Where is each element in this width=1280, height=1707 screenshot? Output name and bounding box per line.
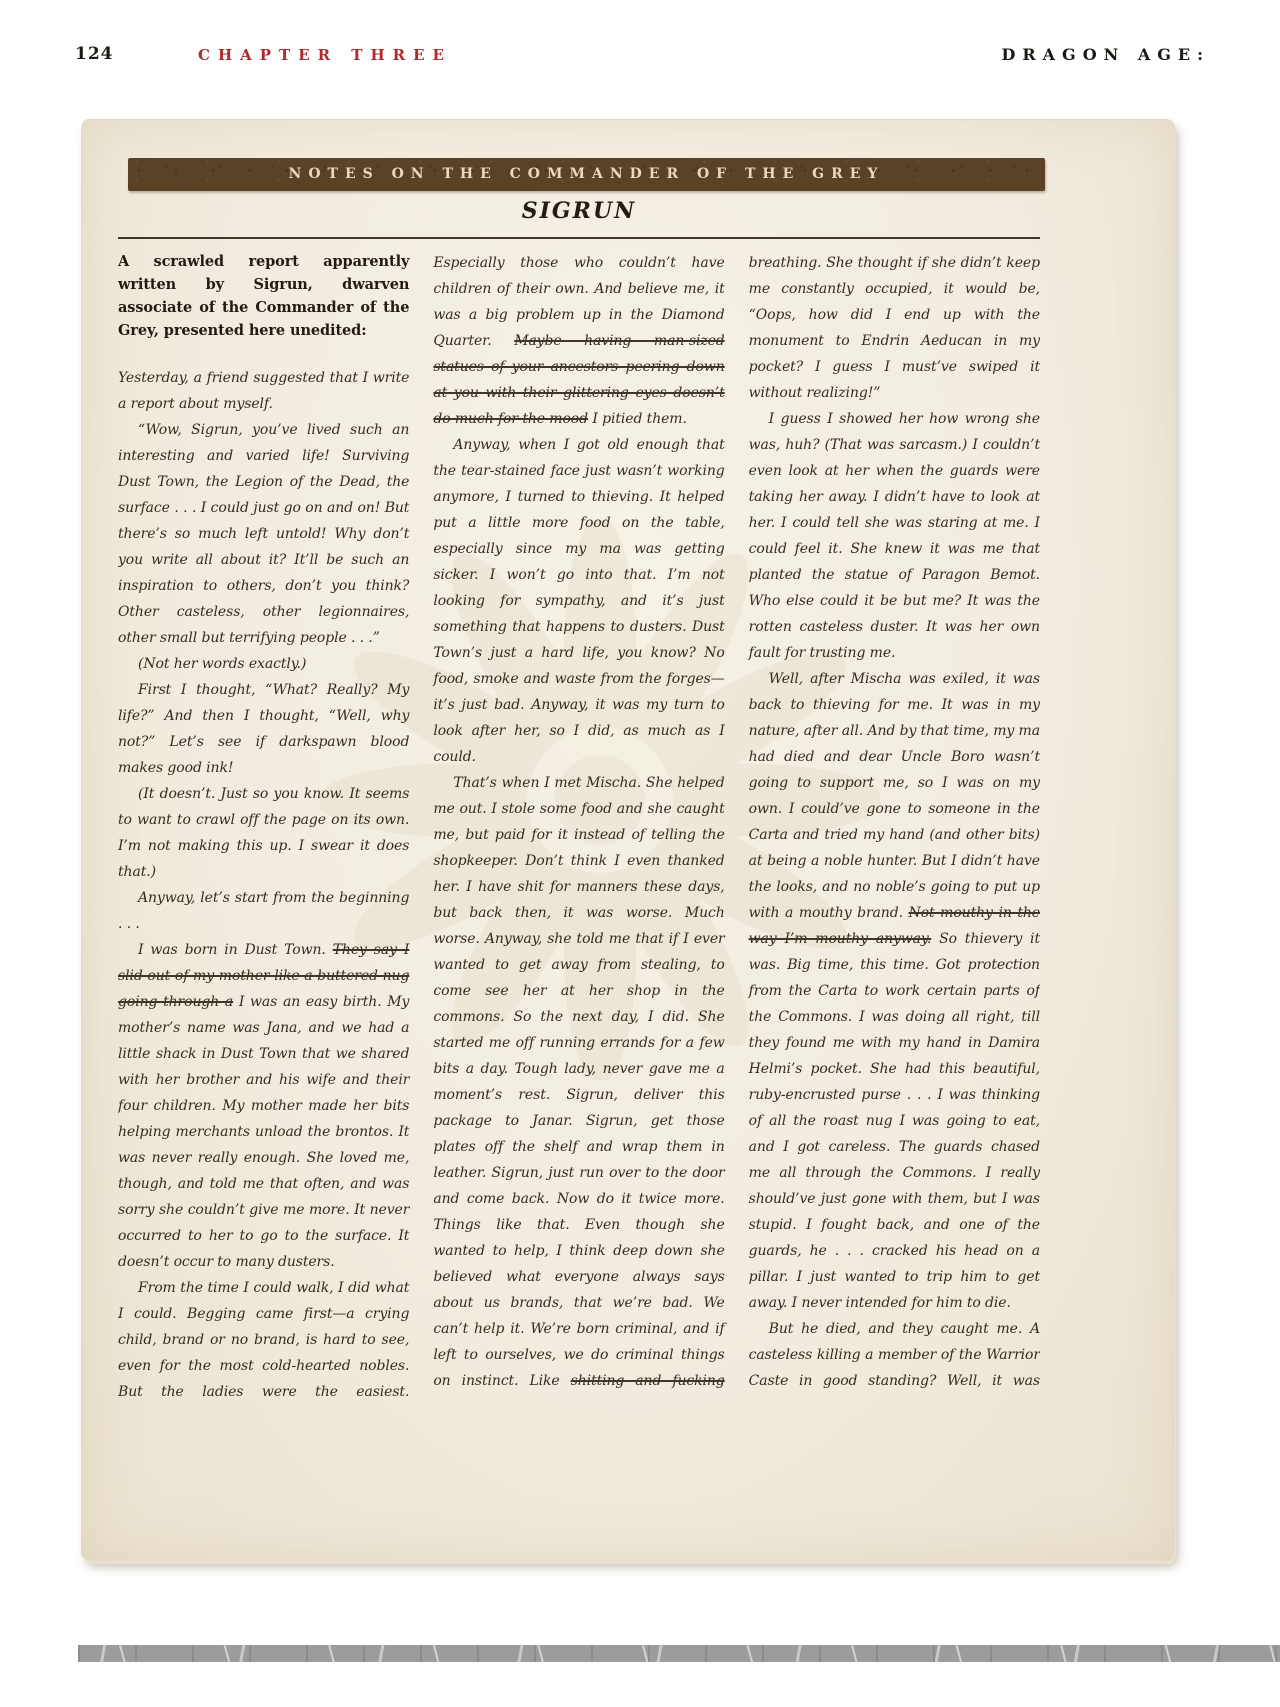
paragraph: “Wow, Sigrun, you’ve lived such an inter…	[118, 417, 409, 651]
struck-text: shitting and fucking	[571, 1373, 725, 1389]
chapter-heading: CHAPTER THREE	[198, 46, 452, 64]
paragraph: I was born in Dust Town. They say I slid…	[118, 937, 409, 1275]
page-number: 124	[75, 44, 114, 64]
paragraph: A scrawled report apparently written by …	[118, 250, 409, 342]
paragraph: Anyway, when I got old enough that the t…	[433, 432, 724, 770]
paragraph: (It doesn’t. Just so you know. It seems …	[118, 781, 409, 885]
paragraph: Well, after Mischa was exiled, it was ba…	[749, 666, 1040, 1316]
title-rule	[118, 237, 1040, 239]
paragraph: (Not her words exactly.)	[118, 651, 409, 677]
paragraph: Yesterday, a friend suggested that I wri…	[118, 365, 409, 417]
section-title: SIGRUN	[118, 198, 1040, 224]
section-banner: NOTES ON THE COMMANDER OF THE GREY	[128, 158, 1045, 191]
paragraph: First I thought, “What? Really? My life?…	[118, 677, 409, 781]
paragraph: Anyway, let’s start from the beginning .…	[118, 885, 409, 937]
book-page: 124 CHAPTER THREE DRAGON AGE:	[0, 0, 1280, 1707]
parchment-panel: NOTES ON THE COMMANDER OF THE GREY SIGRU…	[82, 120, 1174, 1560]
paragraph: I guess I showed her how wrong she was, …	[749, 406, 1040, 666]
article-columns: A scrawled report apparently written by …	[118, 250, 1040, 1408]
bottom-grunge-bar	[78, 1645, 1280, 1662]
book-title: DRAGON AGE:	[1001, 45, 1210, 64]
